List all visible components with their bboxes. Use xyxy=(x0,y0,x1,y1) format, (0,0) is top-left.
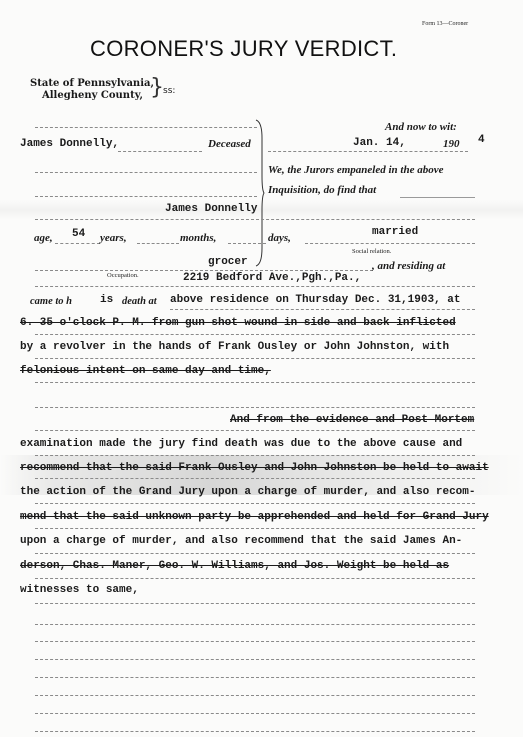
findings-line-4: the action of the Grand Jury upon a char… xyxy=(20,486,475,498)
his-fill: is xyxy=(100,294,113,306)
rule-line xyxy=(35,553,475,554)
came-to-label: came to h xyxy=(30,296,72,307)
rule-line xyxy=(400,197,475,198)
subject-name: James Donnelly xyxy=(165,203,257,215)
social-relation-label: Social relation. xyxy=(352,248,391,255)
age-label: age, xyxy=(34,232,53,244)
rule-line xyxy=(35,528,475,529)
death-line-4: felonious intent on same day and time, xyxy=(20,365,271,377)
occupation-value: grocer xyxy=(208,256,248,268)
form-number: Form 13—Coroner xyxy=(422,21,468,27)
findings-line-2: examination made the jury find death was… xyxy=(20,438,462,450)
years-label: years, xyxy=(100,232,127,244)
deceased-label: Deceased xyxy=(208,138,251,150)
rule-line xyxy=(35,603,475,604)
death-line-3: by a revolver in the hands of Frank Ousl… xyxy=(20,341,449,353)
rule-line xyxy=(268,151,468,152)
rule-line xyxy=(35,196,257,197)
days-label: days, xyxy=(268,232,291,244)
rule-line xyxy=(35,731,475,732)
rule-line xyxy=(35,334,475,335)
rule-line xyxy=(35,695,475,696)
year-prefix: 190 xyxy=(443,138,460,150)
and-now-label: And now to wit: xyxy=(385,121,457,133)
rule-line xyxy=(35,659,475,660)
page-title: CORONER'S JURY VERDICT. xyxy=(0,36,523,62)
months-label: months, xyxy=(180,232,216,244)
verdict-date: Jan. 14, xyxy=(353,137,406,149)
rule-line xyxy=(35,478,475,479)
findings-line-5: mend that the said unknown party be appr… xyxy=(20,511,489,523)
jurors-line-1: We, the Jurors empaneled in the above xyxy=(268,164,443,176)
rule-line xyxy=(35,172,257,173)
rule-line xyxy=(118,151,202,152)
residing-label: , and residing at xyxy=(372,260,445,272)
findings-line-8: witnesses to same, xyxy=(20,584,139,596)
rule-line xyxy=(35,286,475,287)
rule-line xyxy=(228,243,266,244)
rule-line xyxy=(35,270,373,271)
rule-line xyxy=(35,503,475,504)
rule-line xyxy=(35,578,475,579)
social-relation-value: married xyxy=(372,226,418,238)
rule-line xyxy=(35,382,475,383)
rule-line xyxy=(35,358,475,359)
venue-state: State of Pennsylvania, xyxy=(30,78,154,90)
section-brace-icon xyxy=(255,118,265,268)
rule-line xyxy=(170,309,475,310)
deceased-name: James Donnelly, xyxy=(20,138,119,150)
findings-line-7: derson, Chas. Maner, Geo. W. Williams, a… xyxy=(20,560,449,572)
findings-line-6: upon a charge of murder, and also recomm… xyxy=(20,535,462,547)
jurors-line-2: Inquisition, do find that xyxy=(268,184,376,196)
rule-line xyxy=(35,127,257,128)
rule-line xyxy=(35,219,475,220)
death-line-2: 6. 35 o'clock P. M. from gun shot wound … xyxy=(20,317,456,329)
death-line-1: above residence on Thursday Dec. 31,1903… xyxy=(170,294,460,306)
venue-ss: ss: xyxy=(163,86,175,96)
residence-address: 2219 Bedford Ave.,Pgh.,Pa., xyxy=(183,272,361,284)
rule-line xyxy=(35,455,475,456)
rule-line xyxy=(35,677,475,678)
death-at-label: death at xyxy=(122,296,157,307)
venue-county: Allegheny County, xyxy=(30,90,154,102)
rule-line xyxy=(55,243,100,244)
findings-line-1: And from the evidence and Post Mortem xyxy=(230,414,474,426)
rule-line xyxy=(35,641,475,642)
year-suffix: 4 xyxy=(478,134,485,146)
venue-block: State of Pennsylvania, Allegheny County, xyxy=(30,78,154,102)
rule-line xyxy=(137,243,179,244)
findings-line-3: recommend that the said Frank Ousley and… xyxy=(20,462,489,474)
venue-brace-icon: } xyxy=(150,77,164,99)
rule-line xyxy=(35,407,475,408)
rule-line xyxy=(35,713,475,714)
occupation-label: Occupation. xyxy=(107,272,139,279)
rule-line xyxy=(35,624,475,625)
rule-line xyxy=(35,430,475,431)
age-years-value: 54 xyxy=(72,228,85,240)
rule-line xyxy=(305,243,475,244)
